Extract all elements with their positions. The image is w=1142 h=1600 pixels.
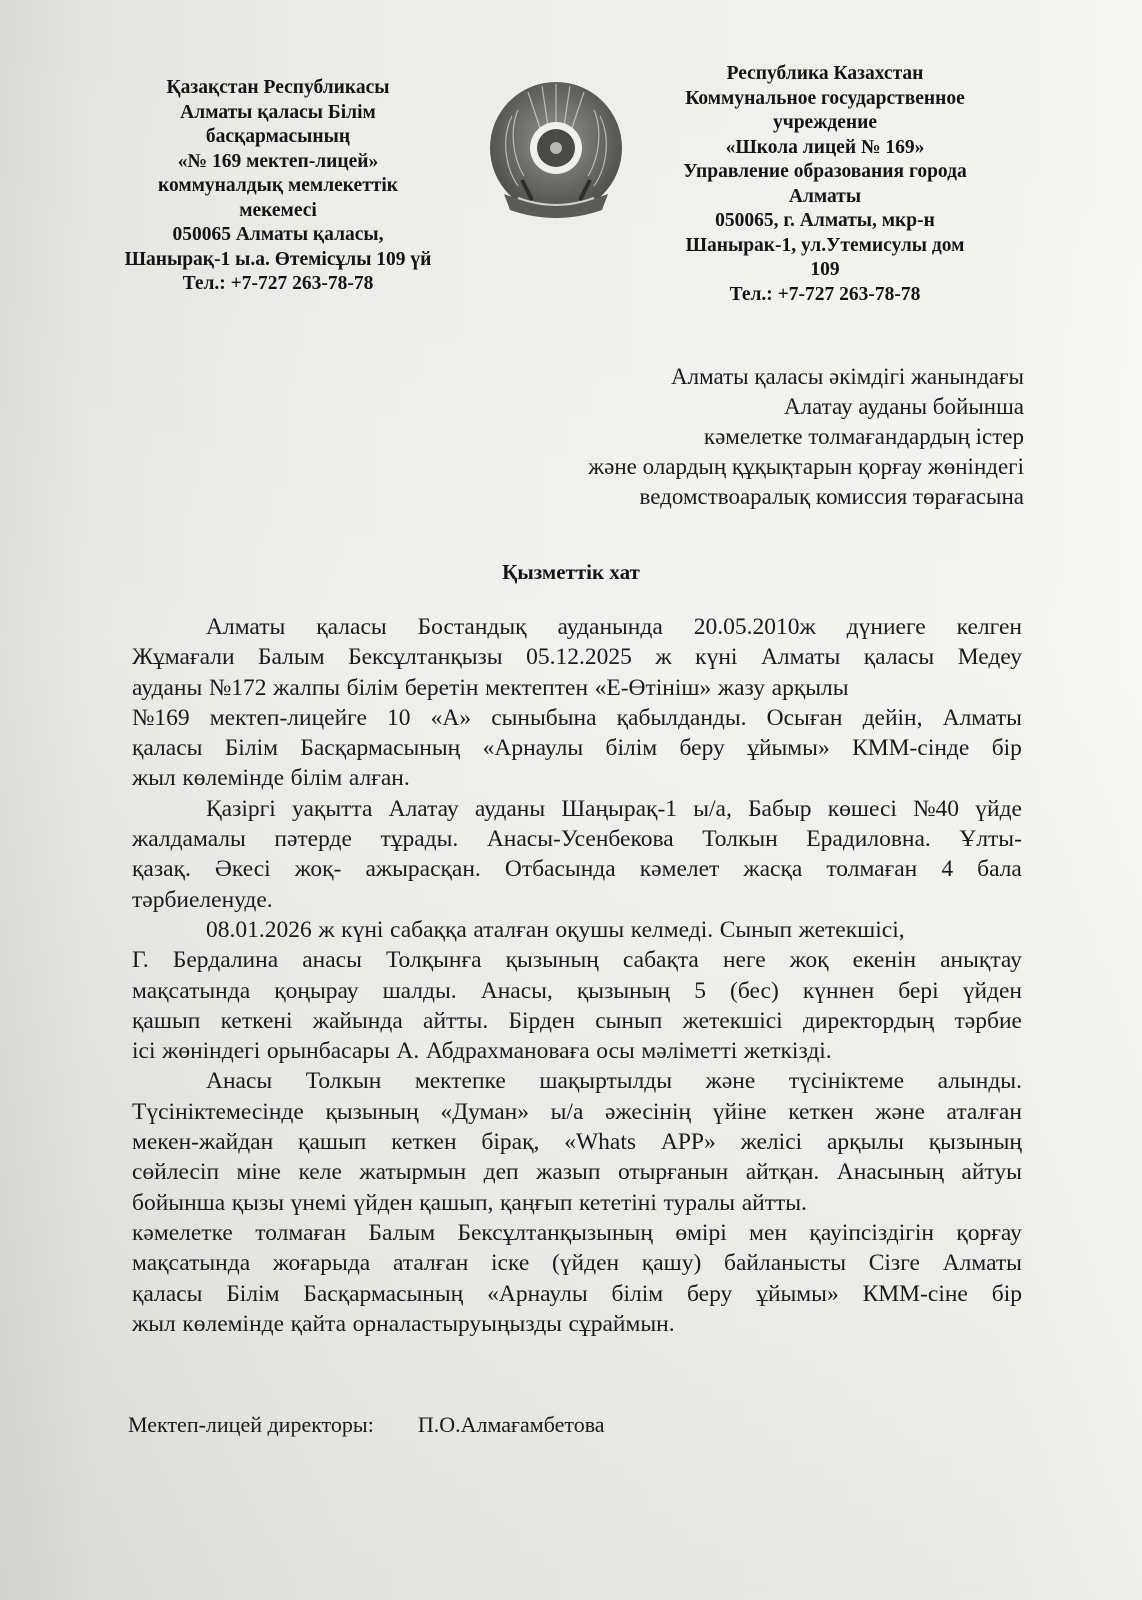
body-line: жылкөлеміндебілімалған.	[132, 763, 1022, 793]
body-line: қаласыБілімБасқармасының«Арнаулыбілімбер…	[132, 733, 1022, 763]
header-line: 109	[640, 258, 1010, 283]
header-line: басқармасының	[88, 125, 468, 150]
header-line: Управление образования города	[640, 160, 1010, 185]
recipient-line: ведомствоаралық комиссия төрағасына	[588, 482, 1024, 512]
header-line: учреждение	[640, 111, 1010, 136]
header-line: Алматы қаласы Білім	[88, 101, 468, 126]
body-line: ісіжөніндегіорынбасарыА.Абдрахмановағаос…	[132, 1036, 1022, 1066]
body-line: мақсатындажоғарыдааталғаніске(үйденқашу)…	[132, 1248, 1022, 1278]
signature-block: Мектеп-лицей директоры:П.О.Алмағамбетова	[128, 1412, 605, 1438]
letter-body: АлматықаласыБостандықауданында20.05.2010…	[132, 612, 1022, 1339]
recipient-line: кәмелетке толмағандардың істер	[588, 422, 1024, 452]
header-line: мекемесі	[88, 199, 468, 224]
header-line: Шанырак-1, ул.Утемисулы дом	[640, 234, 1010, 259]
header-kazakh: Қазақстан РеспубликасыАлматы қаласы Білі…	[88, 76, 468, 297]
signature-name: П.О.Алмағамбетова	[418, 1412, 605, 1437]
body-line: жалдамалыпәтердетұрады.Анасы-УсенбековаТ…	[132, 824, 1022, 854]
body-line: ЖұмағалиБалымБексұлтанқызы05.12.2025жкүн…	[132, 642, 1022, 672]
body-line: жылкөлеміндеқайтаорналастыруыңыздысұрайм…	[132, 1309, 1022, 1339]
recipient-line: Алатау ауданы бойынша	[588, 392, 1024, 422]
body-line: тәрбиеленуде.	[132, 885, 1022, 915]
body-line: ауданы№172жалпыбілімберетінмектептен«Е-Ө…	[132, 673, 1022, 703]
header-russian: Республика КазахстанКоммунальное государ…	[640, 62, 1010, 307]
body-line: АлматықаласыБостандықауданында20.05.2010…	[132, 612, 1022, 642]
body-line: қаласыБілімБасқармасының«Арнаулыбілімбер…	[132, 1279, 1022, 1309]
header-line: Коммунальное государственное	[640, 87, 1010, 112]
signature-position: Мектеп-лицей директоры:	[128, 1412, 374, 1437]
body-line: АнасыТолкынмектепкешақыртылдыжәнетүсінік…	[132, 1066, 1022, 1096]
header-line: «Школа лицей № 169»	[640, 136, 1010, 161]
body-line: қашыпкеткеніжайындаайтты.Бірденсыныпжете…	[132, 1006, 1022, 1036]
header-line: Шанырақ-1 ы.а. Өтемісұлы 109 үй	[88, 248, 468, 273]
recipient-block: Алматы қаласы әкімдігі жанындағыАлатау а…	[588, 362, 1024, 512]
body-line: кәмелеткетолмағанБалымБексұлтанқызыныңөм…	[132, 1218, 1022, 1248]
header-line: Қазақстан Республикасы	[88, 76, 468, 101]
header-line: 050065 Алматы қаласы,	[88, 223, 468, 248]
state-emblem-icon	[482, 76, 630, 226]
body-line: Г.БердалинаанасыТолқынғақызыныңсабақтане…	[132, 945, 1022, 975]
recipient-line: Алматы қаласы әкімдігі жанындағы	[588, 362, 1024, 392]
header-line: коммуналдық мемлекеттік	[88, 174, 468, 199]
header-line: 050065, г. Алматы, мкр-н	[640, 209, 1010, 234]
body-line: мақсатындақоңыраушалды.Анасы,қызының5(бе…	[132, 976, 1022, 1006]
header-line: «№ 169 мектеп-лицей»	[88, 150, 468, 175]
header-line: Тел.: +7-727 263-78-78	[88, 272, 468, 297]
body-line: мекен-жайданқашыпкеткенбірақ,«WhatsAPP»ж…	[132, 1127, 1022, 1157]
body-line: сөйлесіпмінекележатырмындепжазыпотырғаны…	[132, 1157, 1022, 1187]
letter-title: Қызметтік хат	[0, 560, 1142, 585]
body-line: №169мектеп-лицейге10«А»сыныбынақабылданд…	[132, 703, 1022, 733]
header-line: Тел.: +7-727 263-78-78	[640, 283, 1010, 308]
header-line: Республика Казахстан	[640, 62, 1010, 87]
recipient-line: және олардың құқықтарын қорғау жөніндегі	[588, 452, 1024, 482]
body-line: 08.01.2026жкүнісабаққааталғаноқушыкелмед…	[132, 915, 1022, 945]
body-line: қазақ.Әкесіжоқ-ажырасқан.Отбасындакәмеле…	[132, 854, 1022, 884]
body-line: Түсініктемесіндеқызының«Думан»ы/аәжесіні…	[132, 1097, 1022, 1127]
body-line: ҚазіргіуақыттаАлатауауданыШаңырақ-1ы/а,Б…	[132, 794, 1022, 824]
header-line: Алматы	[640, 185, 1010, 210]
body-line: бойыншақызыүнеміүйденқашып,қаңғыпкететін…	[132, 1188, 1022, 1218]
